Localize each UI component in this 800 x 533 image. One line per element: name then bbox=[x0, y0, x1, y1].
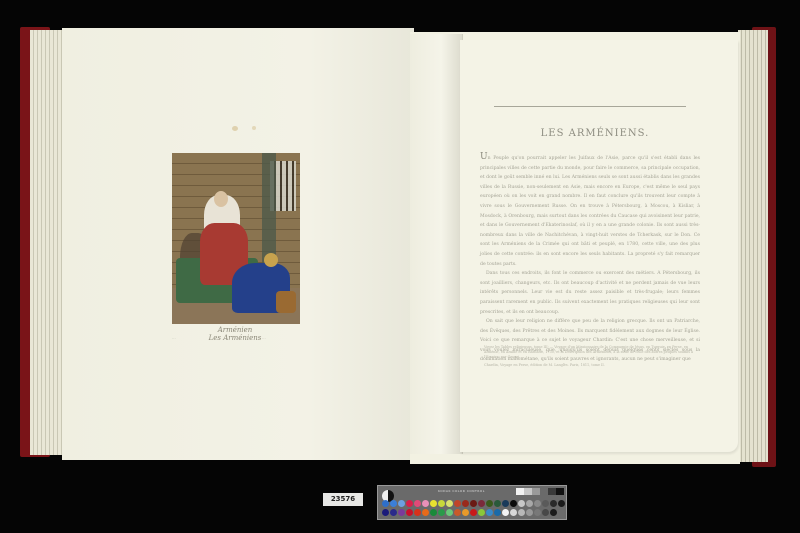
color-patch bbox=[556, 488, 564, 495]
color-patch bbox=[446, 500, 453, 507]
foxing-stain bbox=[252, 126, 256, 130]
color-patch bbox=[390, 509, 397, 516]
color-patch bbox=[486, 509, 493, 516]
color-patch bbox=[494, 500, 501, 507]
color-patch bbox=[542, 500, 549, 507]
color-calibration-target: KODAK COLOR CONTROL bbox=[377, 485, 567, 520]
color-patch bbox=[414, 509, 421, 516]
color-patch bbox=[422, 509, 429, 516]
engraved-plate bbox=[172, 153, 300, 324]
color-patch bbox=[406, 509, 413, 516]
color-patch bbox=[390, 500, 397, 507]
color-patch bbox=[382, 500, 389, 507]
color-patch bbox=[510, 509, 517, 516]
color-patch bbox=[398, 500, 405, 507]
color-patch bbox=[470, 500, 477, 507]
color-patch bbox=[494, 509, 501, 516]
footnote: Chardin, Voyage en Perse, édition de M. … bbox=[484, 363, 698, 368]
kneeling-woman-head bbox=[264, 253, 278, 267]
color-patch bbox=[516, 488, 524, 495]
color-patch bbox=[534, 500, 541, 507]
color-patch bbox=[540, 488, 548, 495]
header-rule bbox=[494, 106, 686, 107]
plate-caption-line1: Arménien bbox=[190, 326, 280, 334]
inventory-label: 23576 bbox=[323, 493, 363, 506]
page-edges-right bbox=[738, 30, 768, 462]
plate-caption: Arménien Les Arméniens bbox=[190, 326, 280, 342]
color-patch bbox=[438, 509, 445, 516]
color-patch bbox=[532, 488, 540, 495]
color-patch bbox=[462, 509, 469, 516]
tissue-guard-fold bbox=[410, 34, 463, 454]
color-patch bbox=[510, 500, 517, 507]
color-patch bbox=[422, 500, 429, 507]
color-patch bbox=[518, 500, 525, 507]
footnote: Voyez les Tables religieuses, tome III; … bbox=[484, 345, 698, 361]
color-patch bbox=[382, 509, 389, 516]
color-patch bbox=[526, 509, 533, 516]
color-patch bbox=[526, 500, 533, 507]
color-patch bbox=[430, 509, 437, 516]
plate-basket bbox=[276, 291, 296, 313]
color-patch bbox=[438, 500, 445, 507]
color-patch bbox=[502, 509, 509, 516]
color-patch bbox=[486, 500, 493, 507]
target-title: KODAK COLOR CONTROL bbox=[438, 489, 485, 493]
gray-scale-patches bbox=[516, 488, 564, 495]
color-patch bbox=[454, 500, 461, 507]
plate-credit-left: ... bbox=[172, 335, 176, 340]
seated-woman-head bbox=[214, 191, 228, 207]
color-patch bbox=[470, 509, 477, 516]
color-patch bbox=[446, 509, 453, 516]
color-patches-row-2 bbox=[382, 509, 557, 516]
color-patch bbox=[398, 509, 405, 516]
footnotes: Voyez les Tables religieuses, tome III; … bbox=[484, 345, 698, 368]
color-patch bbox=[550, 509, 557, 516]
color-patch bbox=[534, 509, 541, 516]
color-patch bbox=[406, 500, 413, 507]
color-patch bbox=[524, 488, 532, 495]
chapter-title: LES ARMÉNIENS. bbox=[480, 128, 710, 139]
plate-caption-line2: Les Arméniens bbox=[190, 334, 280, 342]
color-patch bbox=[558, 500, 565, 507]
color-patch bbox=[542, 509, 549, 516]
paragraph: Un Peuple qu'on pourrait appeler les Jui… bbox=[480, 153, 700, 269]
color-patch bbox=[550, 500, 557, 507]
color-patch bbox=[548, 488, 556, 495]
color-patch bbox=[430, 500, 437, 507]
color-patch bbox=[478, 509, 485, 516]
paragraph: Dans tous ces endroits, ils font le comm… bbox=[480, 269, 700, 317]
color-patch bbox=[502, 500, 509, 507]
foxing-stain bbox=[232, 126, 238, 131]
color-patch bbox=[518, 509, 525, 516]
color-patch bbox=[414, 500, 421, 507]
body-text: Un Peuple qu'on pourrait appeler les Jui… bbox=[480, 153, 700, 365]
drop-cap: U bbox=[480, 152, 488, 162]
color-patch bbox=[454, 509, 461, 516]
color-patch bbox=[462, 500, 469, 507]
color-patches-row-1 bbox=[382, 500, 565, 507]
color-patch bbox=[478, 500, 485, 507]
